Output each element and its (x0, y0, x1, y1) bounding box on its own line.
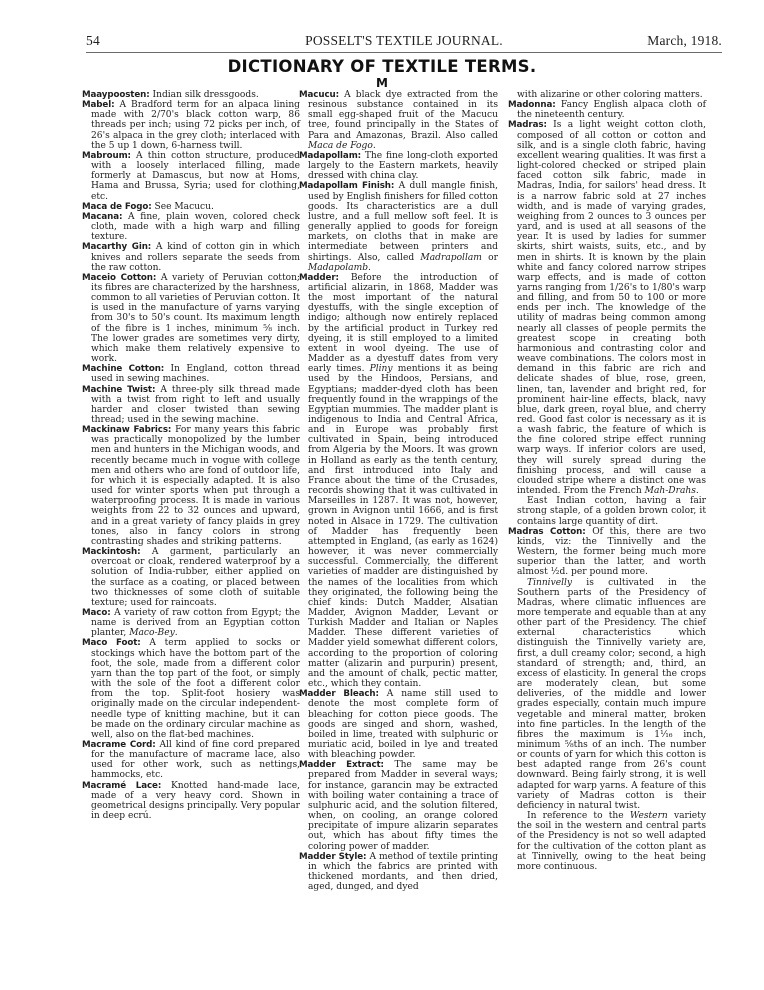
entry-definition-tail: mentions it as being used by the Hindoos… (308, 364, 498, 689)
entry-definition-tail: . (175, 628, 178, 638)
entry-term: Macrame Cord: (82, 740, 156, 750)
journal-title: POSSELT'S TEXTILE JOURNAL. (86, 33, 722, 49)
dictionary-entry: Madapollam: The fine long-cloth exported… (299, 151, 498, 181)
dictionary-entry: Madras Cotton: Of this, there are two ki… (508, 527, 706, 578)
section-letter: M (0, 76, 764, 90)
entry-term: Maco Foot: (82, 638, 141, 648)
entry-definition: A fine, plain woven, colored check cloth… (91, 212, 300, 242)
entry-definition: A variety of Peruvian cotton; its fibres… (91, 273, 300, 364)
entry-italic: Madrapollam (420, 253, 481, 263)
entry-term: Mabroum: (82, 151, 131, 161)
entry-definition: A term applied to socks or stockings whi… (91, 638, 300, 739)
entry-definition: Is a light weight cotton cloth, composed… (517, 120, 706, 496)
dictionary-entry: Madder Bleach: A name still used to deno… (299, 689, 498, 760)
entry-paragraph: In reference to the Western variety the … (508, 811, 706, 872)
entry-term: Maco: (82, 608, 111, 618)
entry-term: Madonna: (508, 100, 556, 110)
dictionary-entry: Macana: A fine, plain woven, colored che… (82, 212, 300, 242)
dictionary-entry: Mabroum: A thin cotton structure, produc… (82, 151, 300, 202)
dictionary-entry: Mackintosh: A garment, particularly an o… (82, 547, 300, 608)
paragraph-text: is cultivated in the Southern parts of t… (517, 578, 706, 811)
entry-term: Madder Bleach: (299, 689, 379, 699)
page-title: DICTIONARY OF TEXTILE TERMS. (0, 57, 764, 76)
entry-term: Mabel: (82, 100, 114, 110)
dictionary-entry: Maceio Cotton: A variety of Peruvian cot… (82, 273, 300, 364)
column-1: Maaypoosten: Indian silk dressgoods. Mab… (82, 90, 300, 821)
entry-italic: Tinnivelly (527, 578, 572, 588)
dictionary-entry: Maca de Fogo: See Macucu. (82, 202, 300, 212)
entry-term: Madder: (299, 273, 339, 283)
column-2: Macucu: A black dye extracted from the r… (299, 90, 498, 892)
dictionary-entry: Madras: Is a light weight cotton cloth, … (508, 120, 706, 496)
entry-definition: Indian silk dressgoods. (150, 90, 259, 100)
entry-italic: Pliny (370, 364, 393, 374)
entry-term: Maceio Cotton: (82, 273, 156, 283)
entry-definition: A Bradford term for an alpaca lining mad… (91, 100, 300, 151)
entry-definition: For many years this fabric was practical… (91, 425, 300, 547)
entry-definition-tail: . (696, 486, 699, 496)
entry-term: Mackinaw Fabrics: (82, 425, 171, 435)
entry-definition: A dull mangle finish, used by English fi… (308, 181, 498, 262)
entry-definition: A variety of raw cotton from Egypt; the … (91, 608, 300, 638)
dictionary-entry: Machine Twist: A three-ply silk thread m… (82, 385, 300, 426)
entry-term: Maaypoosten: (82, 90, 150, 100)
entry-term: Madder Style: (299, 852, 366, 862)
continued-text: with alizarine or other coloring matters… (508, 90, 706, 100)
entry-italic: Madapolamb (308, 263, 368, 273)
entry-term: Madras Cotton: (508, 527, 586, 537)
entry-term: Machine Twist: (82, 385, 155, 395)
dictionary-entry: Maaypoosten: Indian silk dressgoods. (82, 90, 300, 100)
dictionary-entry: Macarthy Gin: A kind of cotton gin in wh… (82, 242, 300, 272)
entry-term: Madapollam: (299, 151, 361, 161)
entry-italic: Mah-Drahs (645, 486, 696, 496)
entry-italic: Western (630, 811, 668, 821)
entry-italic: Maco-Bey (129, 628, 175, 638)
dictionary-entry: Madapollam Finish: A dull mangle finish,… (299, 181, 498, 272)
entry-term: Macana: (82, 212, 122, 222)
dictionary-entry: Mackinaw Fabrics: For many years this fa… (82, 425, 300, 547)
dictionary-entry: Maco Foot: A term applied to socks or st… (82, 638, 300, 740)
dictionary-entry: Maco: A variety of raw cotton from Egypt… (82, 608, 300, 638)
entry-term: Maca de Fogo: (82, 202, 152, 212)
dictionary-entry: Macramé Lace: Knotted hand-made lace, ma… (82, 781, 300, 822)
dictionary-entry: Madder: Before the introduction of artif… (299, 273, 498, 689)
dictionary-entry: Mabel: A Bradford term for an alpaca lin… (82, 100, 300, 151)
entry-term: Madras: (508, 120, 547, 130)
dictionary-entry: Macucu: A black dye extracted from the r… (299, 90, 498, 151)
entry-term: Mackintosh: (82, 547, 140, 557)
entry-definition-tail: . (368, 263, 371, 273)
entry-definition: See Macucu. (152, 202, 214, 212)
entry-term: Macramé Lace: (82, 781, 161, 791)
entry-definition: A name still used to denote the most com… (308, 689, 498, 760)
running-header: 54 POSSELT'S TEXTILE JOURNAL. March, 191… (86, 33, 722, 51)
issue-date: March, 1918. (647, 33, 722, 49)
entry-definition-tail: or (482, 253, 498, 263)
dictionary-entry: Madonna: Fancy English alpaca cloth of t… (508, 100, 706, 120)
entry-term: Madapollam Finish: (299, 181, 394, 191)
entry-italic: Maca de Fogo (308, 141, 373, 151)
dictionary-entry: Madder Extract: The same may be prepared… (299, 760, 498, 851)
paragraph-text: In reference to the (527, 811, 630, 821)
entry-definition: The same may be prepared from Madder in … (308, 760, 498, 851)
entry-term: Macucu: (299, 90, 339, 100)
entry-term: Macarthy Gin: (82, 242, 151, 252)
entry-definition: Before the introduction of artificial al… (308, 273, 498, 374)
dictionary-entry: Madder Style: A method of textile printi… (299, 852, 498, 893)
entry-term: Madder Extract: (299, 760, 384, 770)
header-rule (86, 52, 722, 53)
entry-paragraph: Tinnivelly is cultivated in the Southern… (508, 578, 706, 812)
entry-paragraph: East Indian cotton, having a fair strong… (508, 496, 706, 526)
entry-term: Machine Cotton: (82, 364, 164, 374)
column-3: with alizarine or other coloring matters… (508, 90, 706, 872)
dictionary-entry: Machine Cotton: In England, cotton threa… (82, 364, 300, 384)
dictionary-entry: Macrame Cord: All kind of fine cord prep… (82, 740, 300, 781)
entry-definition-tail: . (373, 141, 376, 151)
